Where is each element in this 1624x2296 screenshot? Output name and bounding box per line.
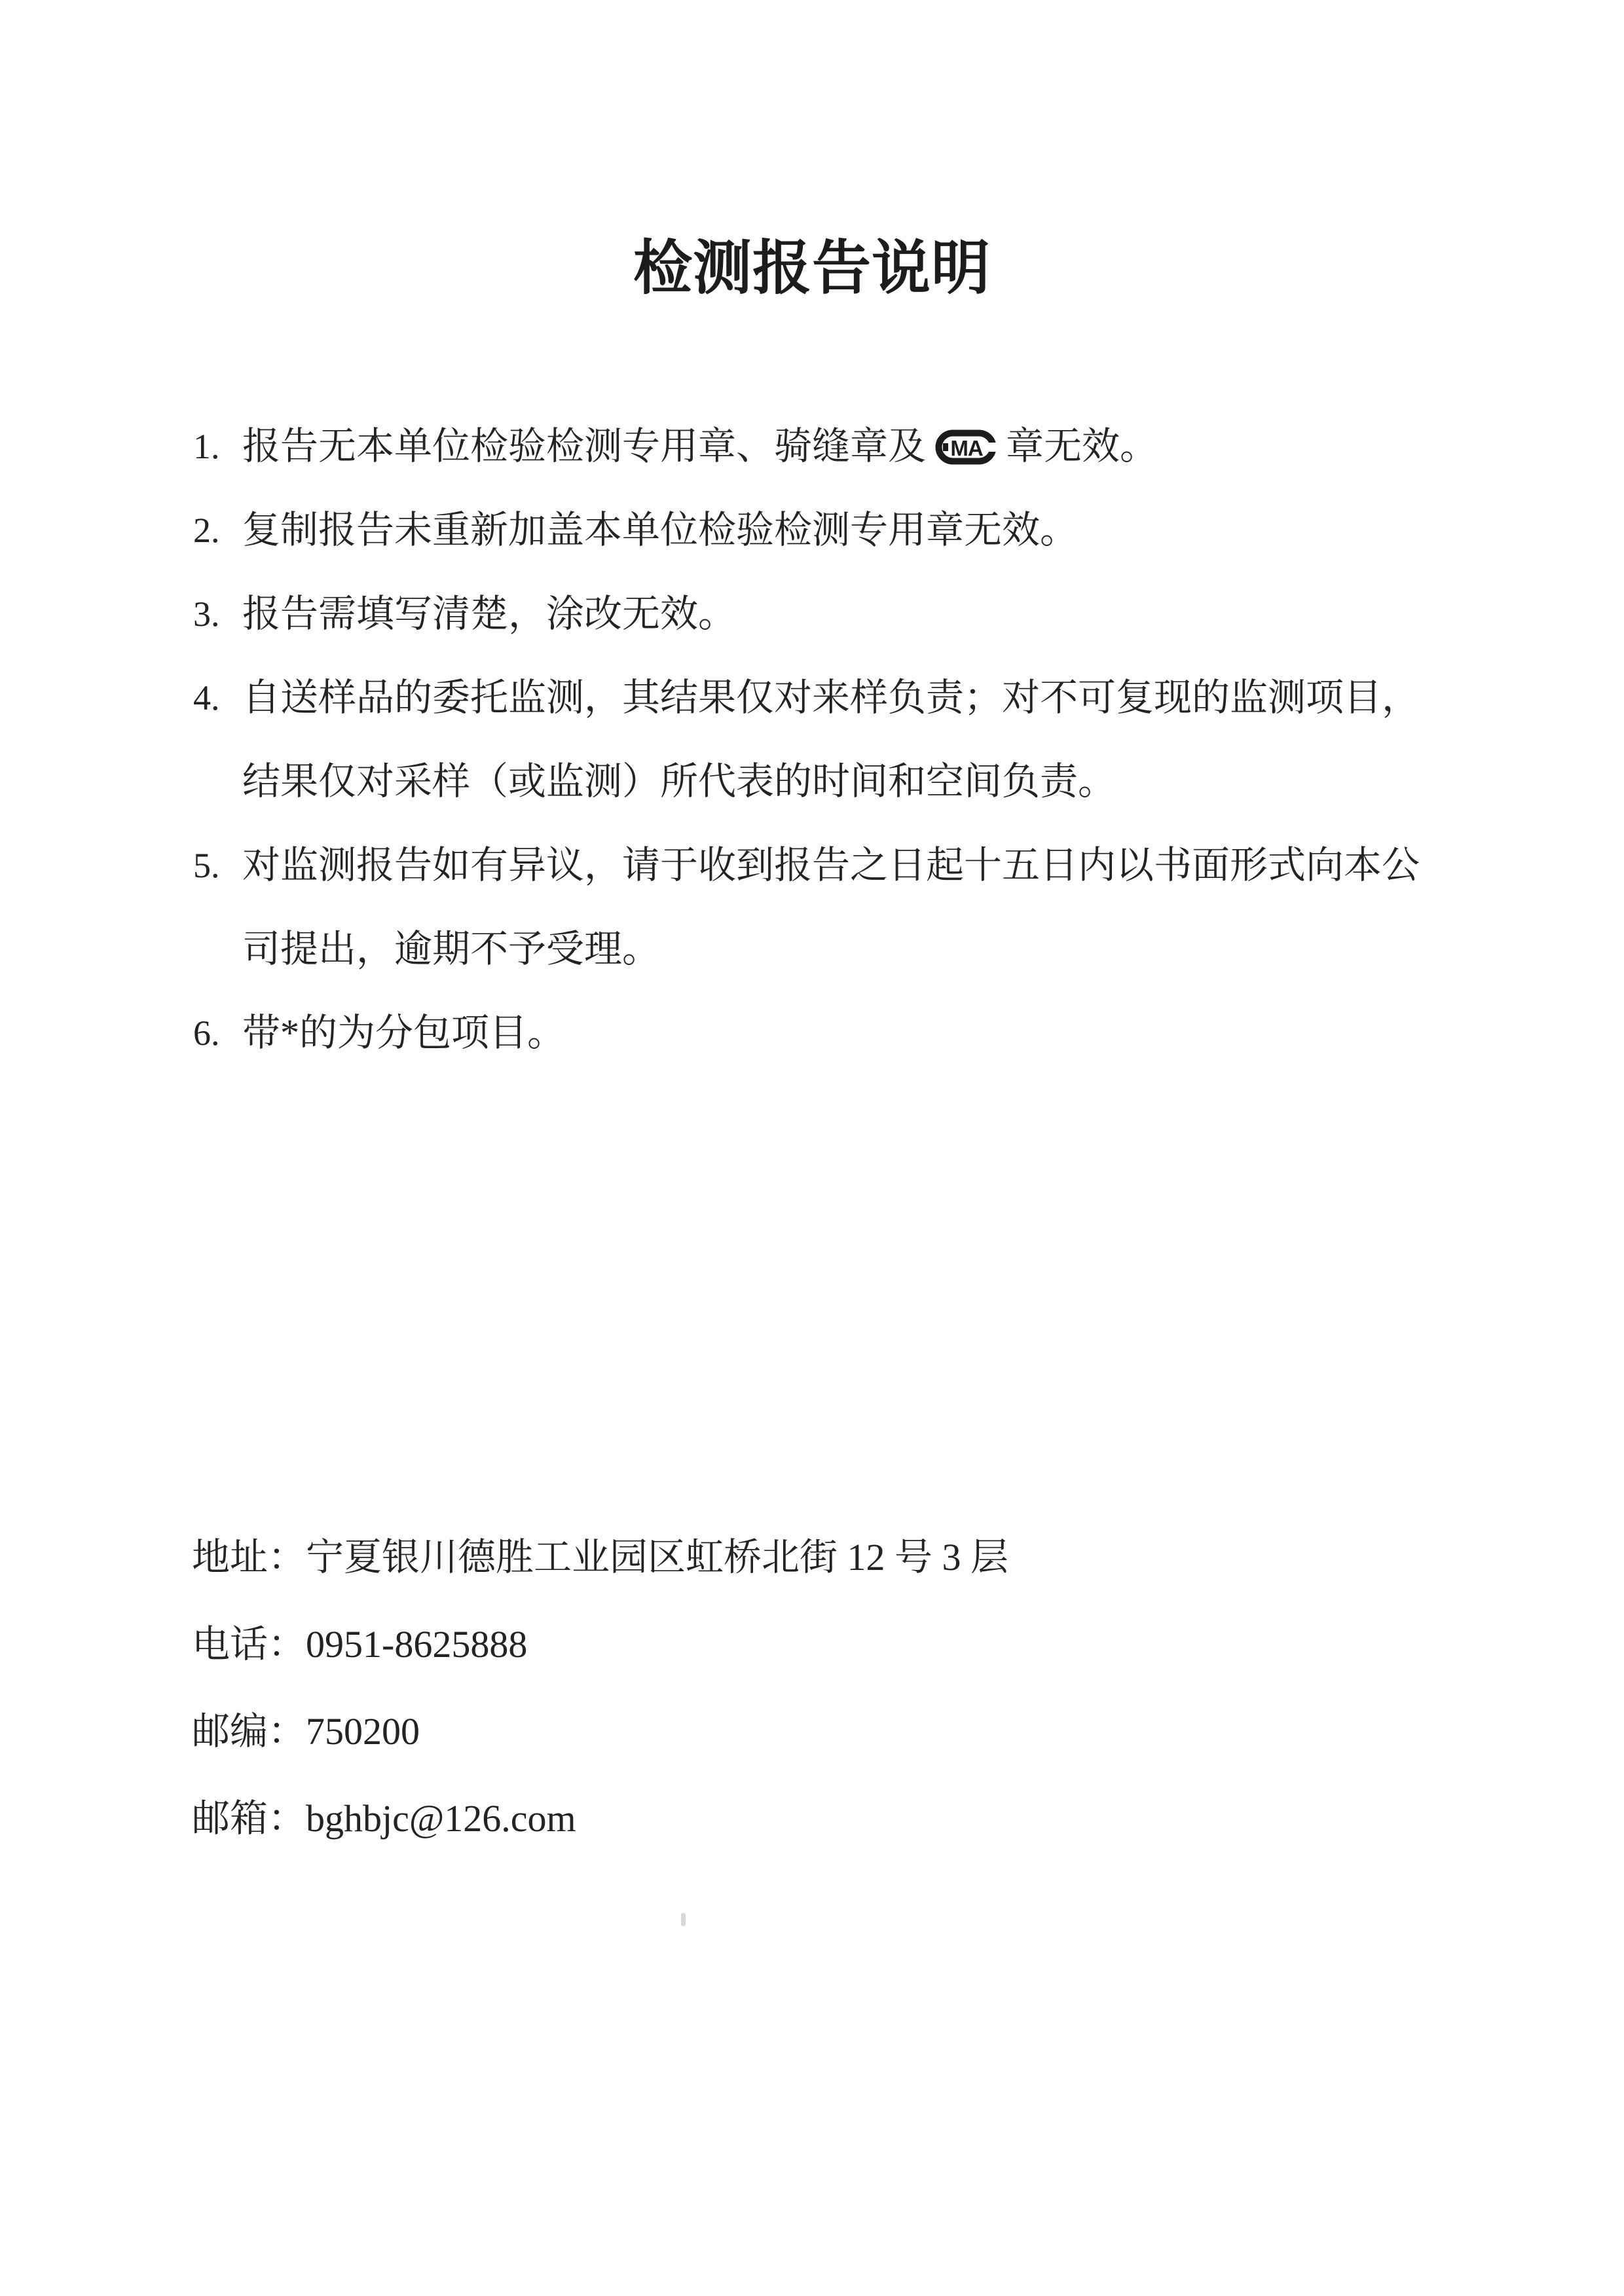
address-value: 宁夏银川德胜工业园区虹桥北街 12 号 3 层 <box>306 1536 1008 1578</box>
postcode-label: 邮编： <box>192 1710 306 1753</box>
postcode-value: 750200 <box>306 1710 420 1753</box>
note-item-6: 6. 带*的为分包项目。 <box>193 991 1454 1075</box>
note-item-1: 1. 报告无本单位检验检测专用章、骑缝章及MA章无效。 <box>193 405 1454 488</box>
contact-block: 地址：宁夏银川德胜工业园区虹桥北街 12 号 3 层 电话：0951-86258… <box>192 1514 1436 1862</box>
note-item-3: 3. 报告需填写清楚，涂改无效。 <box>193 572 1454 656</box>
note-number: 5. <box>193 824 242 907</box>
contact-row-email: 邮箱：bghbjc@126.com <box>192 1775 1436 1862</box>
note-item-5: 5. 对监测报告如有异议，请于收到报告之日起十五日内以书面形式向本公司提出，逾期… <box>193 824 1454 991</box>
note-text: 复制报告未重新加盖本单位检验检测专用章无效。 <box>242 488 1454 572</box>
note-text-after-mark: 章无效。 <box>1006 425 1158 467</box>
cma-certification-mark-icon: MA <box>935 429 997 465</box>
note-text: 带*的为分包项目。 <box>242 991 1454 1075</box>
note-text: 对监测报告如有异议，请于收到报告之日起十五日内以书面形式向本公司提出，逾期不予受… <box>242 824 1454 991</box>
note-number: 1. <box>193 405 242 488</box>
note-number: 3. <box>193 572 242 656</box>
address-label: 地址： <box>192 1536 306 1578</box>
note-text-before-mark: 报告无本单位检验检测专用章、骑缝章及 <box>242 425 926 467</box>
note-item-2: 2. 复制报告未重新加盖本单位检验检测专用章无效。 <box>193 488 1454 572</box>
report-instructions-page: 检测报告说明 1. 报告无本单位检验检测专用章、骑缝章及MA章无效。 2. 复制… <box>0 0 1624 2296</box>
note-number: 4. <box>193 656 242 740</box>
email-label: 邮箱： <box>192 1797 306 1840</box>
note-item-4: 4. 自送样品的委托监测，其结果仅对来样负责；对不可复现的监测项目，结果仅对采样… <box>193 656 1454 824</box>
note-number: 6. <box>193 991 242 1075</box>
contact-row-postcode: 邮编：750200 <box>192 1688 1436 1775</box>
notes-list: 1. 报告无本单位检验检测专用章、骑缝章及MA章无效。 2. 复制报告未重新加盖… <box>193 405 1454 1075</box>
cma-mark-letters: MA <box>950 436 982 460</box>
contact-row-phone: 电话：0951-8625888 <box>192 1601 1436 1688</box>
contact-row-address: 地址：宁夏银川德胜工业园区虹桥北街 12 号 3 层 <box>192 1514 1436 1601</box>
phone-value: 0951-8625888 <box>306 1623 527 1666</box>
note-number: 2. <box>193 488 242 572</box>
email-value: bghbjc@126.com <box>306 1797 576 1840</box>
note-text: 报告需填写清楚，涂改无效。 <box>242 572 1454 656</box>
note-text: 报告无本单位检验检测专用章、骑缝章及MA章无效。 <box>242 405 1454 488</box>
note-text: 自送样品的委托监测，其结果仅对来样负责；对不可复现的监测项目，结果仅对采样（或监… <box>242 656 1454 824</box>
phone-label: 电话： <box>192 1623 306 1666</box>
scan-artifact <box>681 1913 686 1926</box>
page-title: 检测报告说明 <box>0 240 1624 299</box>
